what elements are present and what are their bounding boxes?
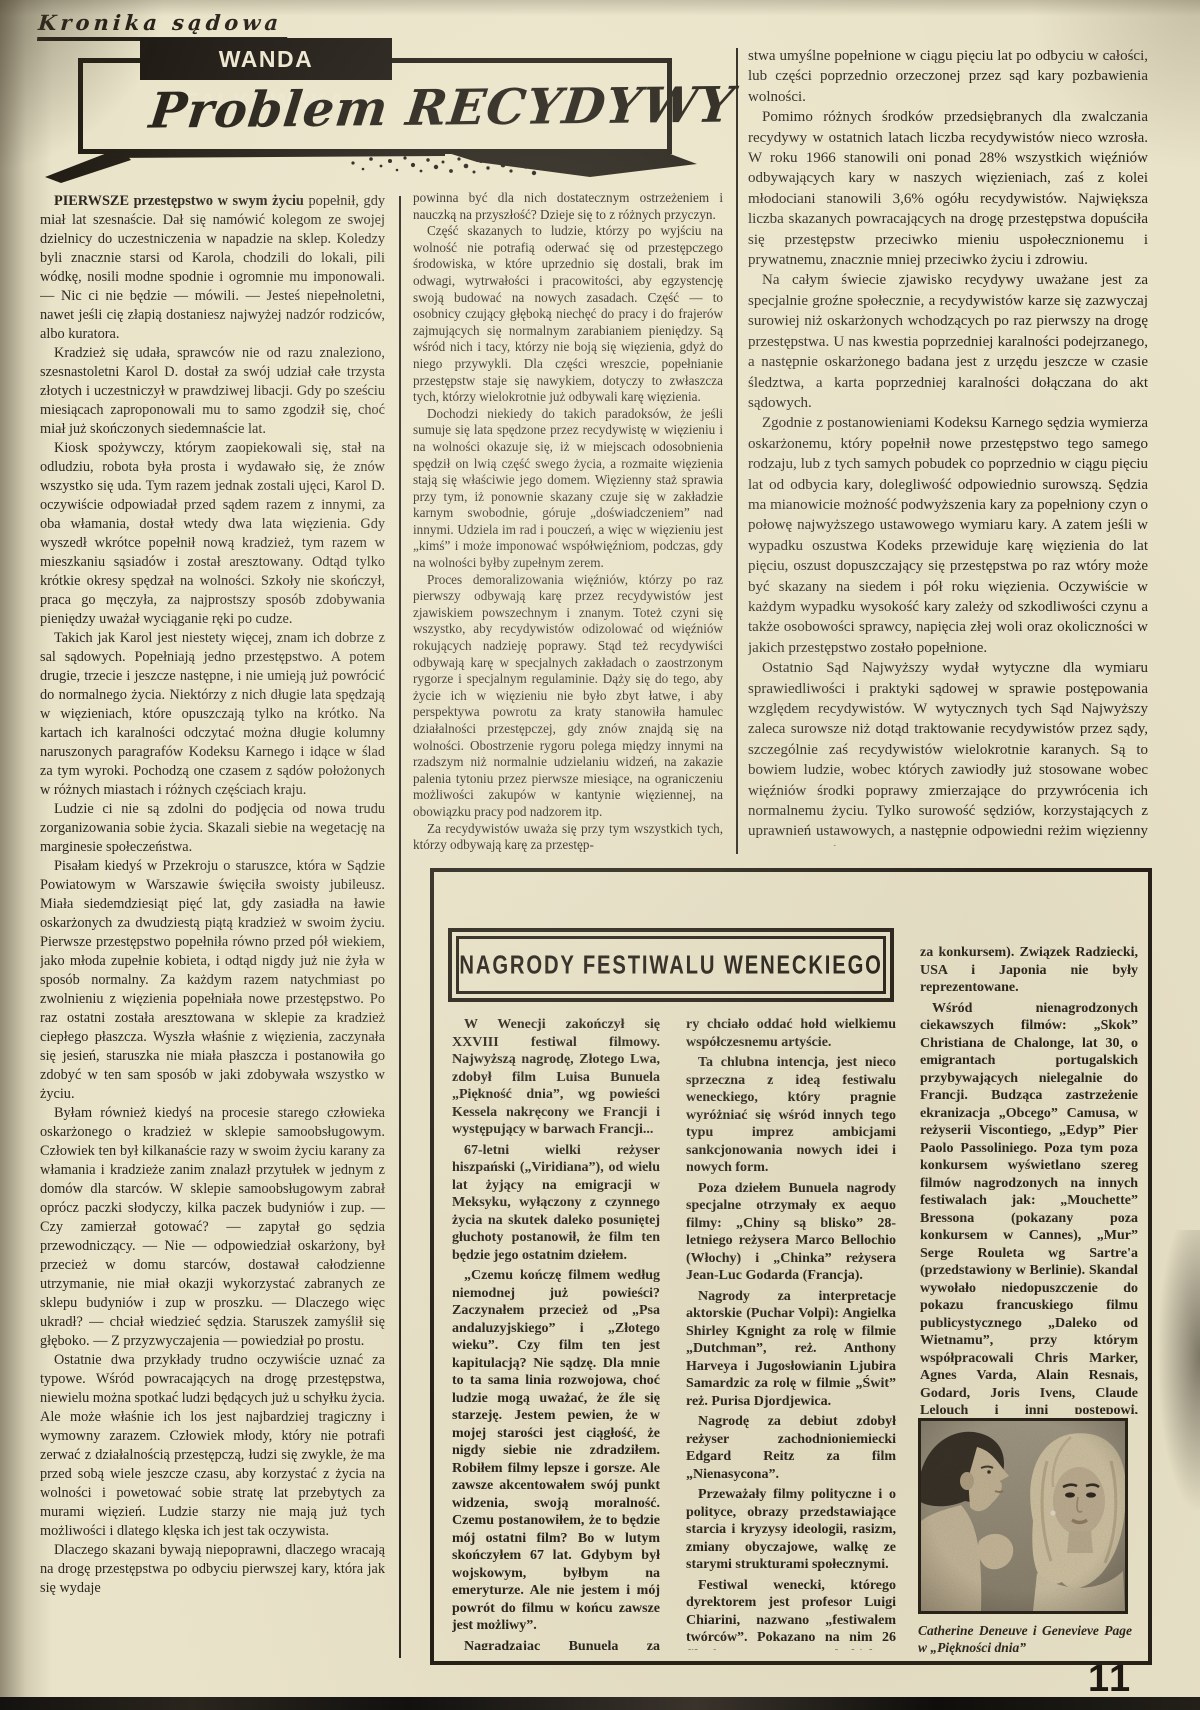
paragraph: Poza dziełem Bunuela nagrody specjalne o… bbox=[686, 1180, 896, 1285]
column-rule-1 bbox=[399, 196, 401, 1658]
section-header: Kronika sądowa bbox=[37, 12, 289, 41]
article-column-2: powinna być dla nich dostatecznym ostrze… bbox=[413, 190, 723, 854]
paragraph: Na całym świecie zjawisko recydywy uważa… bbox=[748, 270, 1148, 413]
paragraph: W Wenecji zakończył się XXVIII festiwal … bbox=[452, 1016, 660, 1139]
paragraph: Pisałam kiedyś w Przekroju o staruszce, … bbox=[40, 857, 385, 1104]
paragraph: Za recydywistów uważa się przy tym wszys… bbox=[413, 821, 723, 854]
paragraph: Pomimo różnych środków przedsiębranych d… bbox=[748, 107, 1148, 270]
paragraph: Przeważały filmy polityczne i o polityce… bbox=[686, 1486, 896, 1574]
paragraph: powinna być dla nich dostatecznym ostrze… bbox=[413, 190, 723, 223]
column-rule-2 bbox=[736, 48, 738, 854]
paragraph: Część skazanych to ludzie, którzy po wyj… bbox=[413, 223, 723, 406]
paragraph: Kradzież się udała, sprawców nie od razu… bbox=[40, 344, 385, 439]
paragraph: 67-letni wielki reżyser hiszpański („Vir… bbox=[452, 1142, 660, 1265]
paragraph: Wśród nienagrodzonych ciekawszych filmów… bbox=[920, 1000, 1138, 1415]
author-name: WANDA FALKOWSKA bbox=[140, 38, 392, 80]
paragraph: Ostatnio Sąd Najwyższy wydał wytyczne dl… bbox=[748, 658, 1148, 846]
festival-title-inner-border: NAGRODY FESTIWALU WENECKIEGO bbox=[456, 936, 886, 994]
paragraph: Dochodzi niekiedy do takich paradoksów, … bbox=[413, 406, 723, 572]
paragraph: Zgodnie z postanowieniami Kodeksu Karneg… bbox=[748, 413, 1148, 658]
paragraph: Festiwal wenecki, którego dyrektorem jes… bbox=[686, 1577, 896, 1651]
festival-column-1: W Wenecji zakończył się XXVIII festiwal … bbox=[452, 1016, 660, 1650]
paragraph: za konkursem). Związek Radziecki, USA i … bbox=[920, 944, 1138, 997]
article-title: Problem RECYDYWY bbox=[147, 79, 654, 138]
article-column-3: stwa umyślne popełnione w ciągu pięciu l… bbox=[748, 46, 1148, 846]
paragraph: Nagradzając Bunuela za nienajlepszy może… bbox=[452, 1638, 660, 1651]
article-column-1: PIERWSZE przestępstwo w swym życiu popeł… bbox=[40, 192, 385, 1660]
headline-shadow-swoosh bbox=[45, 147, 700, 183]
photo-caption: Catherine Deneuve i Genevieve Page w „Pi… bbox=[918, 1622, 1132, 1656]
paragraph: Byłam również kiedyś na procesie starego… bbox=[40, 1104, 385, 1351]
festival-column-3: za konkursem). Związek Radziecki, USA i … bbox=[920, 944, 1138, 1414]
page-number: 11 bbox=[1088, 1660, 1132, 1698]
festival-column-2: ry chciało oddać hołd wielkiemu współcze… bbox=[686, 1016, 896, 1650]
page-edge-smudge bbox=[1158, 1230, 1200, 1510]
newspaper-page: { "page": { "number": "11" }, "masthead"… bbox=[0, 0, 1200, 1710]
lede-rest-text: popełnił, gdy miał lat szesnaście. Dał s… bbox=[40, 193, 385, 342]
paragraph-text: Ostatnio Sąd Najwyższy wydał wytyczne dl… bbox=[748, 660, 1148, 846]
paragraph: „Czemu kończę filmem według niemodnej ju… bbox=[452, 1267, 660, 1635]
next-page-edge bbox=[0, 1697, 1200, 1710]
paragraph: Ostatnie dwa przykłady trudno oczywiście… bbox=[40, 1351, 385, 1541]
festival-article-title: NAGRODY FESTIWALU WENECKIEGO bbox=[459, 952, 882, 978]
photo-illustration bbox=[921, 1421, 1125, 1611]
paragraph: ry chciało oddać hołd wielkiemu współcze… bbox=[686, 1016, 896, 1051]
paragraph: Nagrodę za debiut zdobył reżyser zachodn… bbox=[686, 1413, 896, 1483]
paragraph: Takich jak Karol jest niestety więcej, z… bbox=[40, 629, 385, 800]
paragraph: Dlaczego skazani bywają niepoprawni, dla… bbox=[40, 1541, 385, 1598]
paragraph-lede: PIERWSZE przestępstwo w swym życiu popeł… bbox=[40, 192, 385, 344]
paragraph: Kiosk spożywczy, którym zaopiekowali się… bbox=[40, 439, 385, 629]
lede-bold-text: PIERWSZE przestępstwo w swym życiu bbox=[54, 193, 304, 209]
paragraph: Ta chlubna intencja, jest nieco sprzeczn… bbox=[686, 1054, 896, 1177]
film-still-photo bbox=[918, 1418, 1128, 1614]
paragraph: Ludzie ci nie są zdolni do podjęcia od n… bbox=[40, 800, 385, 857]
paragraph: stwa umyślne popełnione w ciągu pięciu l… bbox=[748, 46, 1148, 107]
festival-title-box: NAGRODY FESTIWALU WENECKIEGO bbox=[448, 928, 894, 1002]
paragraph: Nagrody za interpretacje aktorskie (Puch… bbox=[686, 1288, 896, 1411]
paragraph: Proces demoralizowania więźniów, którzy … bbox=[413, 572, 723, 821]
